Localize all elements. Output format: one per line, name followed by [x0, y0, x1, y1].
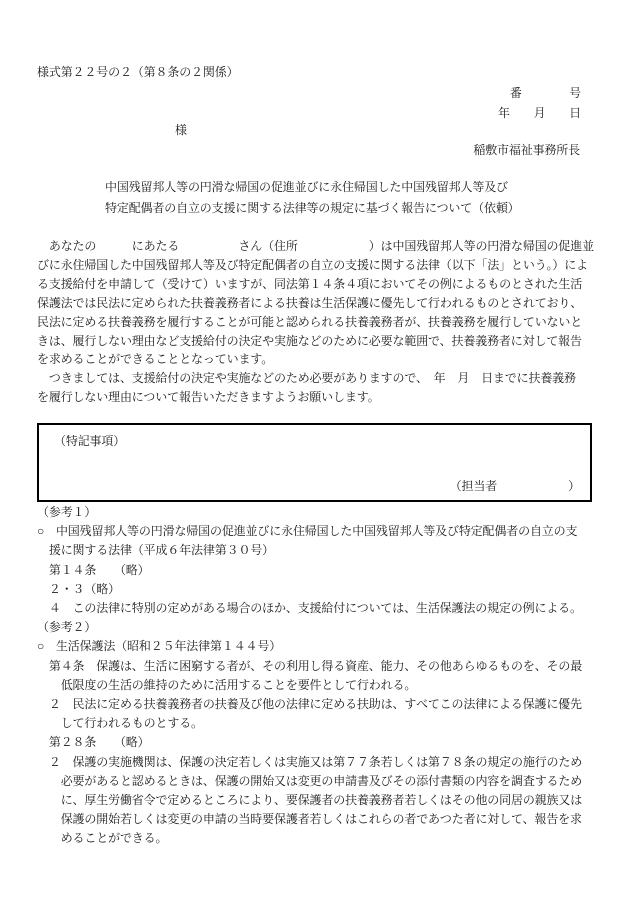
body-line: 保護法では民法に定められた扶養義務者による扶養は生活保護に優先して行われるものと… [37, 294, 594, 313]
document-title-line2: 特定配偶者の自立の支援に関する法律等の規定に基づく報告について（依頼） [105, 198, 520, 219]
reference-line: めることができる。 [37, 829, 582, 848]
reference-line: 援に関する法律（平成６年法律第３０号） [37, 541, 582, 560]
reference-line: 第２８条 （略） [37, 733, 582, 752]
addressee-suffix: 様 [175, 121, 187, 140]
reference-line: ２・３（略） [37, 580, 582, 599]
body-line: つきましては、支援給付の決定や実施などのため必要がありますので、 年 月 日まで… [37, 369, 594, 388]
body-paragraphs: あなたの にあたる さん（住所 ）は中国残留邦人等の円滑な帰国の促進並 びに永住… [37, 237, 594, 407]
document-title: 中国残留邦人等の円滑な帰国の促進並びに永住帰国した中国残留邦人等及び 特定配偶者… [105, 177, 520, 218]
document-page: 様式第２２号の２（第８条の２関係） 番 号 年 月 日 様 稲敷市福祉事務所長 … [0, 0, 630, 915]
staff-in-charge-label: （担当者 ） [450, 477, 580, 496]
document-title-line1: 中国残留邦人等の円滑な帰国の促進並びに永住帰国した中国残留邦人等及び [105, 177, 520, 198]
reference-line: 第４条 保護は、生活に困窮する者が、その利用し得る資産、能力、その他あらゆるもの… [37, 657, 582, 676]
remarks-box: （特記事項） （担当者 ） [37, 423, 592, 502]
remarks-label: （特記事項） [54, 432, 125, 451]
reference-line: して行われるものとする。 [37, 714, 582, 733]
body-line: 民法に定める扶養義務を履行することが可能と認められる扶養義務者が、扶養義務を履行… [37, 313, 594, 332]
body-line: を履行しない理由について報告いただきますようお願いします。 [37, 388, 594, 407]
reference-line: ○ 中国残留邦人等の円滑な帰国の促進並びに永住帰国した中国残留邦人等及び特定配偶… [37, 522, 582, 541]
body-line: きは、履行しない理由など支援給付の決定や実施などのために必要な範囲で、扶養義務者… [37, 332, 594, 351]
header-right-block: 番 号 年 月 日 [498, 84, 581, 123]
reference-line: （参考１） [37, 503, 582, 522]
body-line: る支援給付を申請して（受けて）いますが、同法第１４条４項においてその例によるもの… [37, 275, 594, 294]
body-line: を求めることができることとなっています。 [37, 350, 594, 369]
reference-line: に、厚生労働省令で定めるところにより、要保護者の扶養義務者若しくはその他の同居の… [37, 791, 582, 810]
sender-title: 稲敷市福祉事務所長 [473, 141, 580, 160]
reference-section: （参考１） ○ 中国残留邦人等の円滑な帰国の促進並びに永住帰国した中国残留邦人等… [37, 503, 582, 849]
reference-line: ○ 生活保護法（昭和２５年法律第１４４号） [37, 637, 582, 656]
reference-line: 必要があると認めるときは、保護の開始又は変更の申請書及びその添付書類の内容を調査… [37, 772, 582, 791]
reference-line: ２ 民法に定める扶養義務者の扶養及び他の法律に定める扶助は、すべてこの法律による… [37, 695, 582, 714]
form-number: 様式第２２号の２（第８条の２関係） [37, 63, 238, 82]
reference-line: ２ 保護の実施機関は、保護の決定若しくは実施又は第７７条若しくは第７８条の規定の… [37, 753, 582, 772]
body-line: あなたの にあたる さん（住所 ）は中国残留邦人等の円滑な帰国の促進並 [37, 237, 594, 256]
date-line: 年 月 日 [498, 104, 581, 124]
reference-line: （参考２） [37, 618, 582, 637]
reference-line: ４ この法律に特別の定めがある場合のほか、支援給付については、生活保護法の規定の… [37, 599, 582, 618]
document-number-line: 番 号 [498, 84, 581, 104]
reference-line: 保護の開始若しくは変更の申請の当時要保護者若しくはこれらの者であつた者に対して、… [37, 810, 582, 829]
body-line: びに永住帰国した中国残留邦人等及び特定配偶者の自立の支援に関する法律（以下「法」… [37, 256, 594, 275]
reference-line: 低限度の生活の維持のために活用することを要件として行われる。 [37, 676, 582, 695]
reference-line: 第１４条 （略） [37, 561, 582, 580]
